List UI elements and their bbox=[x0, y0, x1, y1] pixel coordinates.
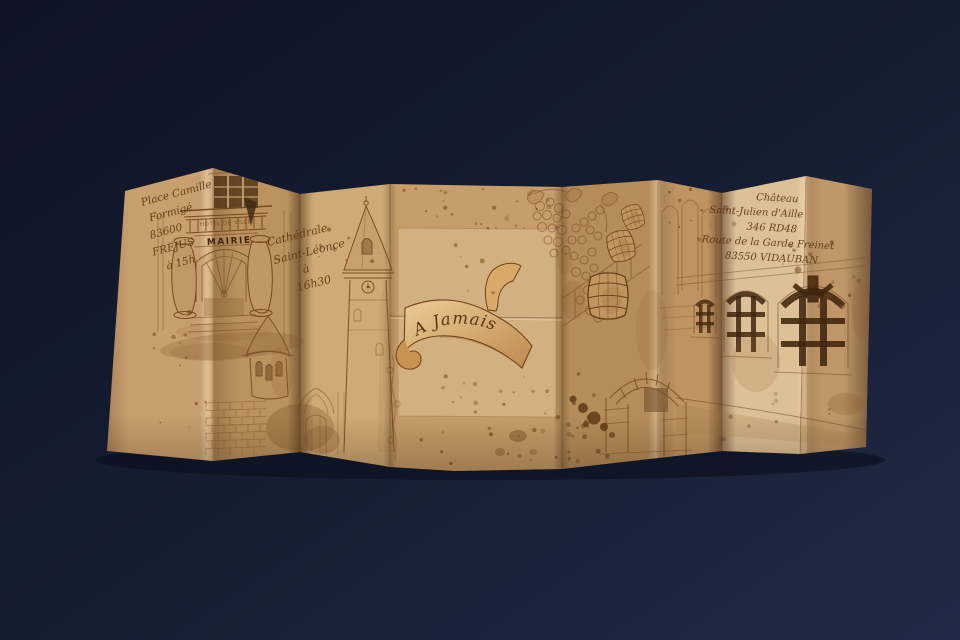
handwriting-line: Château bbox=[756, 192, 799, 205]
photo-of-folded-invitation-map: A Jamais bbox=[0, 0, 960, 640]
